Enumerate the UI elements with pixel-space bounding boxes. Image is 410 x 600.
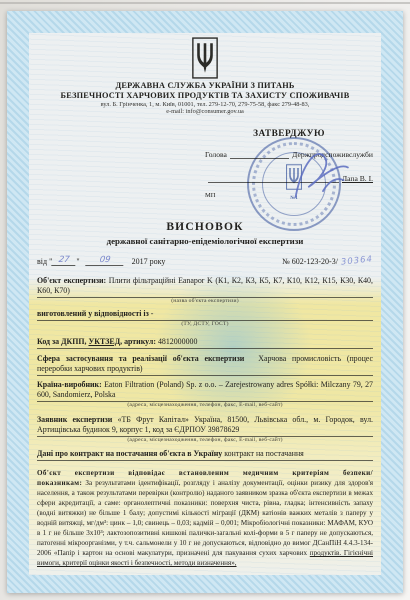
object-field: Об'єкт експертизи: Плити фільтраційні Ea… bbox=[37, 276, 373, 298]
agency-name-line1: ДЕРЖАВНА СЛУЖБА УКРАЇНИ З ПИТАНЬ bbox=[37, 81, 373, 91]
agency-address: вул. Б. Грінченка, 1, м. Київ, 01001, те… bbox=[37, 101, 373, 108]
made-according-label: виготовлений у відповідності із bbox=[37, 309, 149, 318]
approval-block: ЗАТВЕРДЖУЮ Голова Держпродспоживслужби Л… bbox=[205, 129, 373, 199]
made-according-caption: (ТУ, ДСТУ, ГОСТ) bbox=[37, 321, 373, 328]
code-field: Код за ДКПП, УКТЗЕД, артикул: 4812000000 bbox=[37, 337, 373, 349]
ukraine-trident-emblem-icon bbox=[192, 37, 218, 79]
date-prefix: від " bbox=[37, 257, 52, 266]
date-year: 2017 року bbox=[132, 257, 166, 266]
certificate-sheet: ДЕРЖАВНА СЛУЖБА УКРАЇНИ З ПИТАНЬ БЕЗПЕЧН… bbox=[7, 11, 403, 593]
signature-line bbox=[230, 150, 289, 159]
scope-field: Сфера застосування та реалізації об'єкта… bbox=[37, 354, 373, 376]
date-quote: " bbox=[76, 257, 79, 266]
manufacturer-caption: (адреса, місцезнаходження, телефон, факс… bbox=[37, 402, 373, 409]
scope-label: Сфера застосування та реалізації об'єкта… bbox=[37, 354, 244, 363]
contract-value: контракт на постачання bbox=[224, 449, 304, 458]
conclusion-paragraph: Об'єкт експертизи відповідає встановлени… bbox=[37, 468, 373, 568]
approve-label: ЗАТВЕРДЖУЮ bbox=[205, 129, 373, 139]
applicant-caption: (адреса, місцезнаходження, телефон, факс… bbox=[37, 437, 373, 444]
document-photo: ДЕРЖАВНА СЛУЖБА УКРАЇНИ З ПИТАНЬ БЕЗПЕЧН… bbox=[0, 0, 410, 600]
made-according-value: - bbox=[151, 309, 154, 318]
handwritten-document-number: 30364 bbox=[341, 254, 374, 267]
manufacturer-label: Країна-виробник: bbox=[37, 380, 102, 389]
document-title: ВИСНОВОК bbox=[37, 221, 373, 233]
contract-field: Дані про контракт на постачання об'єкта … bbox=[37, 449, 373, 461]
made-according-field: виготовлений у відповідності із - bbox=[37, 309, 373, 321]
agency-email: e-mail: info@consumer.gov.ua bbox=[37, 108, 373, 115]
document-number-label: № 602-123-20-3/ bbox=[282, 257, 338, 266]
handwritten-month: 09 bbox=[85, 255, 125, 266]
code-value: 4812000000 bbox=[158, 337, 197, 346]
seal-place-note: МП bbox=[205, 192, 373, 199]
approver-name: Лапа В. І. bbox=[342, 174, 373, 183]
handwritten-day: 27 bbox=[52, 255, 78, 266]
applicant-label: Заявник експертизи bbox=[37, 415, 112, 424]
signature-line bbox=[208, 174, 339, 183]
object-caption: (назва об'єкта експертизи) bbox=[37, 298, 373, 305]
approver-agency-short: Держпродспоживслужби bbox=[292, 150, 373, 159]
applicant-field: Заявник експертизи «ТБ Фрут Капітал» Укр… bbox=[37, 415, 373, 437]
approver-position-word: Голова bbox=[205, 150, 227, 159]
code-label: Код за ДКПП, УКТЗЕД, артикул: bbox=[37, 337, 156, 346]
agency-name-line2: БЕЗПЕЧНОСТІ ХАРЧОВИХ ПРОДУКТІВ ТА ЗАХИСТ… bbox=[37, 91, 373, 101]
document-subtitle: державної санітарно-епідеміологічної екс… bbox=[37, 236, 373, 246]
conclusion-body: За результатами ідентифікації, розгляду … bbox=[37, 479, 373, 557]
manufacturer-field: Країна-виробник: Eaton Filtration (Polan… bbox=[37, 380, 373, 402]
certificate-body: ДЕРЖАВНА СЛУЖБА УКРАЇНИ З ПИТАНЬ БЕЗПЕЧН… bbox=[29, 33, 381, 575]
object-label: Об'єкт експертизи: bbox=[37, 276, 106, 285]
contract-label: Дані про контракт на постачання об'єкта … bbox=[37, 449, 222, 458]
date-number-row: від " 27 " 09 2017 року № 602-123-20-3/ … bbox=[37, 255, 373, 266]
